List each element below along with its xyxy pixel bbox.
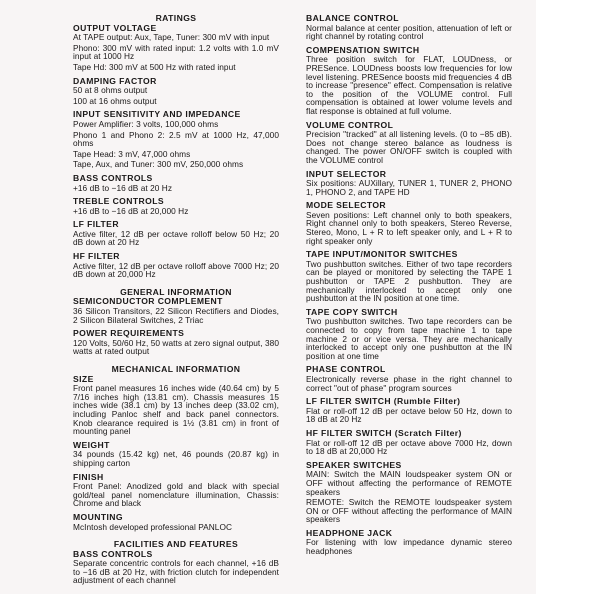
spec-text: Normal balance at center position, atten… [306,24,512,41]
right-column: BALANCE CONTROLNormal balance at center … [306,14,512,561]
spec-text: Seven positions: Left channel only to bo… [306,211,512,245]
left-column: RATINGSOUTPUT VOLTAGEAt TAPE output: Aux… [73,14,279,590]
spec-heading: HF FILTER [73,252,279,261]
spec-heading: MODE SELECTOR [306,201,512,210]
spec-text: Three position switch for FLAT, LOUDness… [306,55,512,115]
spec-block-hf-filter-switch-scratch-filter: HF FILTER SWITCH (Scratch Filter)Flat or… [306,429,512,456]
spec-text: For listening with low impedance dynamic… [306,538,512,555]
spec-block-mode-selector: MODE SELECTORSeven positions: Left chann… [306,201,512,245]
spec-heading: BASS CONTROLS [73,550,279,559]
spec-block-phase-control: PHASE CONTROLElectronically reverse phas… [306,365,512,392]
spec-heading: FINISH [73,473,279,482]
section-title-facilities-and-features: FACILITIES AND FEATURES [73,540,279,549]
spec-heading: SEMICONDUCTOR COMPLEMENT [73,297,279,306]
spec-block-speaker-switches: SPEAKER SWITCHESMAIN: Switch the MAIN lo… [306,461,512,524]
spec-text: 100 at 16 ohms output [73,97,279,106]
spec-text: +16 dB to −16 dB at 20,000 Hz [73,207,279,216]
spec-heading: DAMPING FACTOR [73,77,279,86]
spec-heading: POWER REQUIREMENTS [73,329,279,338]
spec-block-tape-input-monitor-switches: TAPE INPUT/MONITOR SWITCHESTwo pushbutto… [306,250,512,303]
spec-text: Flat or roll-off 12 dB per octave below … [306,407,512,424]
spec-text: Tape, Aux, and Tuner: 300 mV, 250,000 oh… [73,160,279,169]
spec-heading: HF FILTER SWITCH (Scratch Filter) [306,429,512,438]
spec-block-bass-controls: BASS CONTROLSSeparate concentric control… [73,550,279,585]
spec-block-balance-control: BALANCE CONTROLNormal balance at center … [306,14,512,41]
spec-text: Electronically reverse phase in the righ… [306,375,512,392]
spec-block-semiconductor-complement: SEMICONDUCTOR COMPLEMENT36 Silicon Trans… [73,297,279,324]
spec-text: 50 at 8 ohms output [73,86,279,95]
spec-block-treble-controls: TREBLE CONTROLS+16 dB to −16 dB at 20,00… [73,197,279,215]
spec-block-input-sensitivity-and-impedance: INPUT SENSITIVITY AND IMPEDANCEPower Amp… [73,110,279,169]
spec-heading: COMPENSATION SWITCH [306,46,512,55]
spec-heading: TREBLE CONTROLS [73,197,279,206]
spec-heading: OUTPUT VOLTAGE [73,24,279,33]
spec-text: MAIN: Switch the MAIN loudspeaker system… [306,470,512,496]
section-title-general-information: GENERAL INFORMATION [73,288,279,297]
spec-heading: BASS CONTROLS [73,174,279,183]
spec-block-tape-copy-switch: TAPE COPY SWITCHTwo pushbutton switches.… [306,308,512,361]
spec-heading: PHASE CONTROL [306,365,512,374]
spec-text: Front panel measures 16 inches wide (40.… [73,384,279,436]
spec-block-lf-filter-switch-rumble-filter: LF FILTER SWITCH (Rumble Filter)Flat or … [306,397,512,424]
spec-block-compensation-switch: COMPENSATION SWITCHThree position switch… [306,46,512,116]
spec-block-size: SIZEFront panel measures 16 inches wide … [73,375,279,436]
spec-block-hf-filter: HF FILTERActive filter, 12 dB per octave… [73,252,279,279]
spec-block-damping-factor: DAMPING FACTOR50 at 8 ohms output100 at … [73,77,279,106]
spec-heading: SIZE [73,375,279,384]
spec-text: Active filter, 12 dB per octave rolloff … [73,262,279,279]
spec-block-power-requirements: POWER REQUIREMENTS120 Volts, 50/60 Hz, 5… [73,329,279,356]
spec-text: Power Amplifier: 3 volts, 100,000 ohms [73,120,279,129]
spec-text: 36 Silicon Transitors, 22 Silicon Rectif… [73,307,279,324]
spec-text: Tape Head: 3 mV, 47,000 ohms [73,150,279,159]
spec-sheet-page: RATINGSOUTPUT VOLTAGEAt TAPE output: Aux… [0,0,536,594]
spec-heading: LF FILTER SWITCH (Rumble Filter) [306,397,512,406]
spec-heading: LF FILTER [73,220,279,229]
spec-text: 34 pounds (15.42 kg) net, 46 pounds (20.… [73,450,279,467]
spec-heading: MOUNTING [73,513,279,522]
spec-heading: BALANCE CONTROL [306,14,512,23]
spec-heading: TAPE COPY SWITCH [306,308,512,317]
section-title-mechanical-information: MECHANICAL INFORMATION [73,365,279,374]
spec-block-volume-control: VOLUME CONTROLPrecision "tracked" at all… [306,121,512,165]
spec-heading: HEADPHONE JACK [306,529,512,538]
spec-text: Flat or roll-off 12 dB per octave above … [306,439,512,456]
spec-text: Separate concentric controls for each ch… [73,559,279,585]
spec-heading: TAPE INPUT/MONITOR SWITCHES [306,250,512,259]
spec-block-input-selector: INPUT SELECTORSix positions: AUXillary, … [306,170,512,197]
spec-text: Tape Hd: 300 mV at 500 Hz with rated inp… [73,63,279,72]
spec-text: Two pushbutton switches. Either of two t… [306,260,512,303]
spec-heading: WEIGHT [73,441,279,450]
spec-text: REMOTE: Switch the REMOTE loudspeaker sy… [306,498,512,524]
spec-text: 120 Volts, 50/60 Hz, 50 watts at zero si… [73,339,279,356]
spec-text: Two pushbutton switches. Two tape record… [306,317,512,360]
spec-heading: SPEAKER SWITCHES [306,461,512,470]
spec-block-output-voltage: OUTPUT VOLTAGEAt TAPE output: Aux, Tape,… [73,24,279,72]
spec-text: McIntosh developed professional PANLOC [73,523,279,532]
spec-block-weight: WEIGHT34 pounds (15.42 kg) net, 46 pound… [73,441,279,468]
spec-text: At TAPE output: Aux, Tape, Tuner: 300 mV… [73,33,279,42]
section-title-ratings: RATINGS [73,14,279,23]
spec-text: Precision "tracked" at all listening lev… [306,130,512,164]
spec-heading: INPUT SELECTOR [306,170,512,179]
spec-text: +16 dB to −16 dB at 20 Hz [73,184,279,193]
spec-block-bass-controls: BASS CONTROLS+16 dB to −16 dB at 20 Hz [73,174,279,192]
spec-text: Active filter, 12 dB per octave rolloff … [73,230,279,247]
spec-text: Phono: 300 mV with rated input: 1.2 volt… [73,44,279,61]
spec-text: Front Panel: Anodized gold and black wit… [73,482,279,508]
spec-text: Six positions: AUXillary, TUNER 1, TUNER… [306,179,512,196]
spec-block-mounting: MOUNTINGMcIntosh developed professional … [73,513,279,531]
spec-heading: VOLUME CONTROL [306,121,512,130]
spec-text: Phono 1 and Phono 2: 2.5 mV at 1000 Hz, … [73,131,279,148]
spec-heading: INPUT SENSITIVITY AND IMPEDANCE [73,110,279,119]
spec-block-finish: FINISHFront Panel: Anodized gold and bla… [73,473,279,508]
spec-block-lf-filter: LF FILTERActive filter, 12 dB per octave… [73,220,279,247]
spec-block-headphone-jack: HEADPHONE JACKFor listening with low imp… [306,529,512,556]
